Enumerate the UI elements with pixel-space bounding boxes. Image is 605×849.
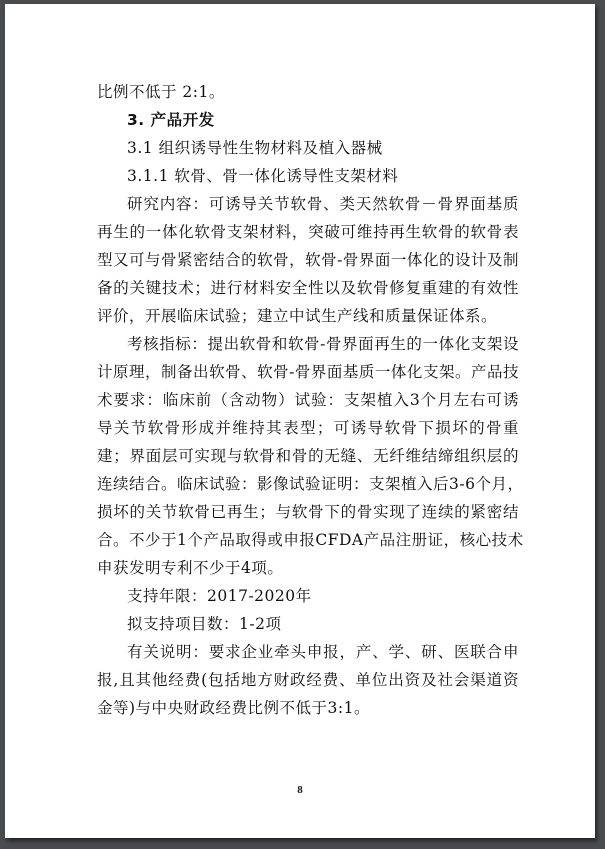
notes-line-2: 报,且其他经费(包括地方财政经费、单位出资及社会渠道资 — [97, 668, 519, 692]
assessment-indicators-line-4: 导关节软骨形成并维持其表型；可诱导软骨下损坏的骨重 — [97, 416, 519, 440]
section-heading-product-development: 3. 产品开发 — [127, 108, 519, 132]
research-content-line-3: 型又可与骨紧密结合的软骨，软骨-骨界面一体化的设计及制 — [97, 248, 519, 272]
research-content-line-4: 备的关键技术；进行材料安全性以及软骨修复重建的有效性 — [97, 276, 519, 300]
support-period: 支持年限：2017-2020年 — [127, 584, 519, 608]
assessment-indicators-line-2: 计原理，制备出软骨、软骨-骨界面基质一体化支架。产品技 — [97, 360, 519, 384]
document-viewer[interactable]: 比例不低于 2:1。 3. 产品开发 3.1 组织诱导性生物材料及植入器械 3.… — [0, 0, 605, 849]
assessment-indicators-line-6: 连续结合。临床试验：影像试验证明：支架植入后3-6个月， — [97, 472, 519, 496]
research-content-line-2: 再生的一体化软骨支架材料，突破可维持再生软骨的软骨表 — [97, 220, 519, 244]
subsection-heading-3-1: 3.1 组织诱导性生物材料及植入器械 — [127, 136, 519, 160]
line-ratio-2-1: 比例不低于 2:1。 — [97, 80, 519, 104]
document-page: 比例不低于 2:1。 3. 产品开发 3.1 组织诱导性生物材料及植入器械 3.… — [5, 4, 595, 838]
assessment-indicators-line-8: 合。不少于1个产品取得或申报CFDA产品注册证，核心技术 — [97, 528, 519, 552]
assessment-indicators-line-7: 损坏的关节软骨已再生；与软骨下的骨实现了连续的紧密结 — [97, 500, 519, 524]
assessment-indicators-line-1: 考核指标：提出软骨和软骨-骨界面再生的一体化支架设 — [127, 332, 519, 356]
research-content-line-1: 研究内容：可诱导关节软骨、类天然软骨－骨界面基质 — [127, 192, 519, 216]
research-content-line-5: 评价，开展临床试验；建立中试生产线和质量保证体系。 — [97, 304, 519, 328]
assessment-indicators-line-3: 术要求：临床前（含动物）试验：支架植入3个月左右可诱 — [97, 388, 519, 412]
planned-project-count: 拟支持项目数：1-2项 — [127, 612, 519, 636]
notes-line-1: 有关说明：要求企业牵头申报，产、学、研、医联合申 — [127, 640, 519, 664]
subsection-heading-3-1-1: 3.1.1 软骨、骨一体化诱导性支架材料 — [127, 164, 519, 188]
page-number: 8 — [5, 784, 595, 796]
assessment-indicators-line-9: 申获发明专利不少于4项。 — [97, 556, 519, 580]
notes-line-3: 金等)与中央财政经费比例不低于3:1。 — [97, 696, 519, 720]
assessment-indicators-line-5: 建；界面层可实现与软骨和骨的无缝、无纤维结缔组织层的 — [97, 444, 519, 468]
